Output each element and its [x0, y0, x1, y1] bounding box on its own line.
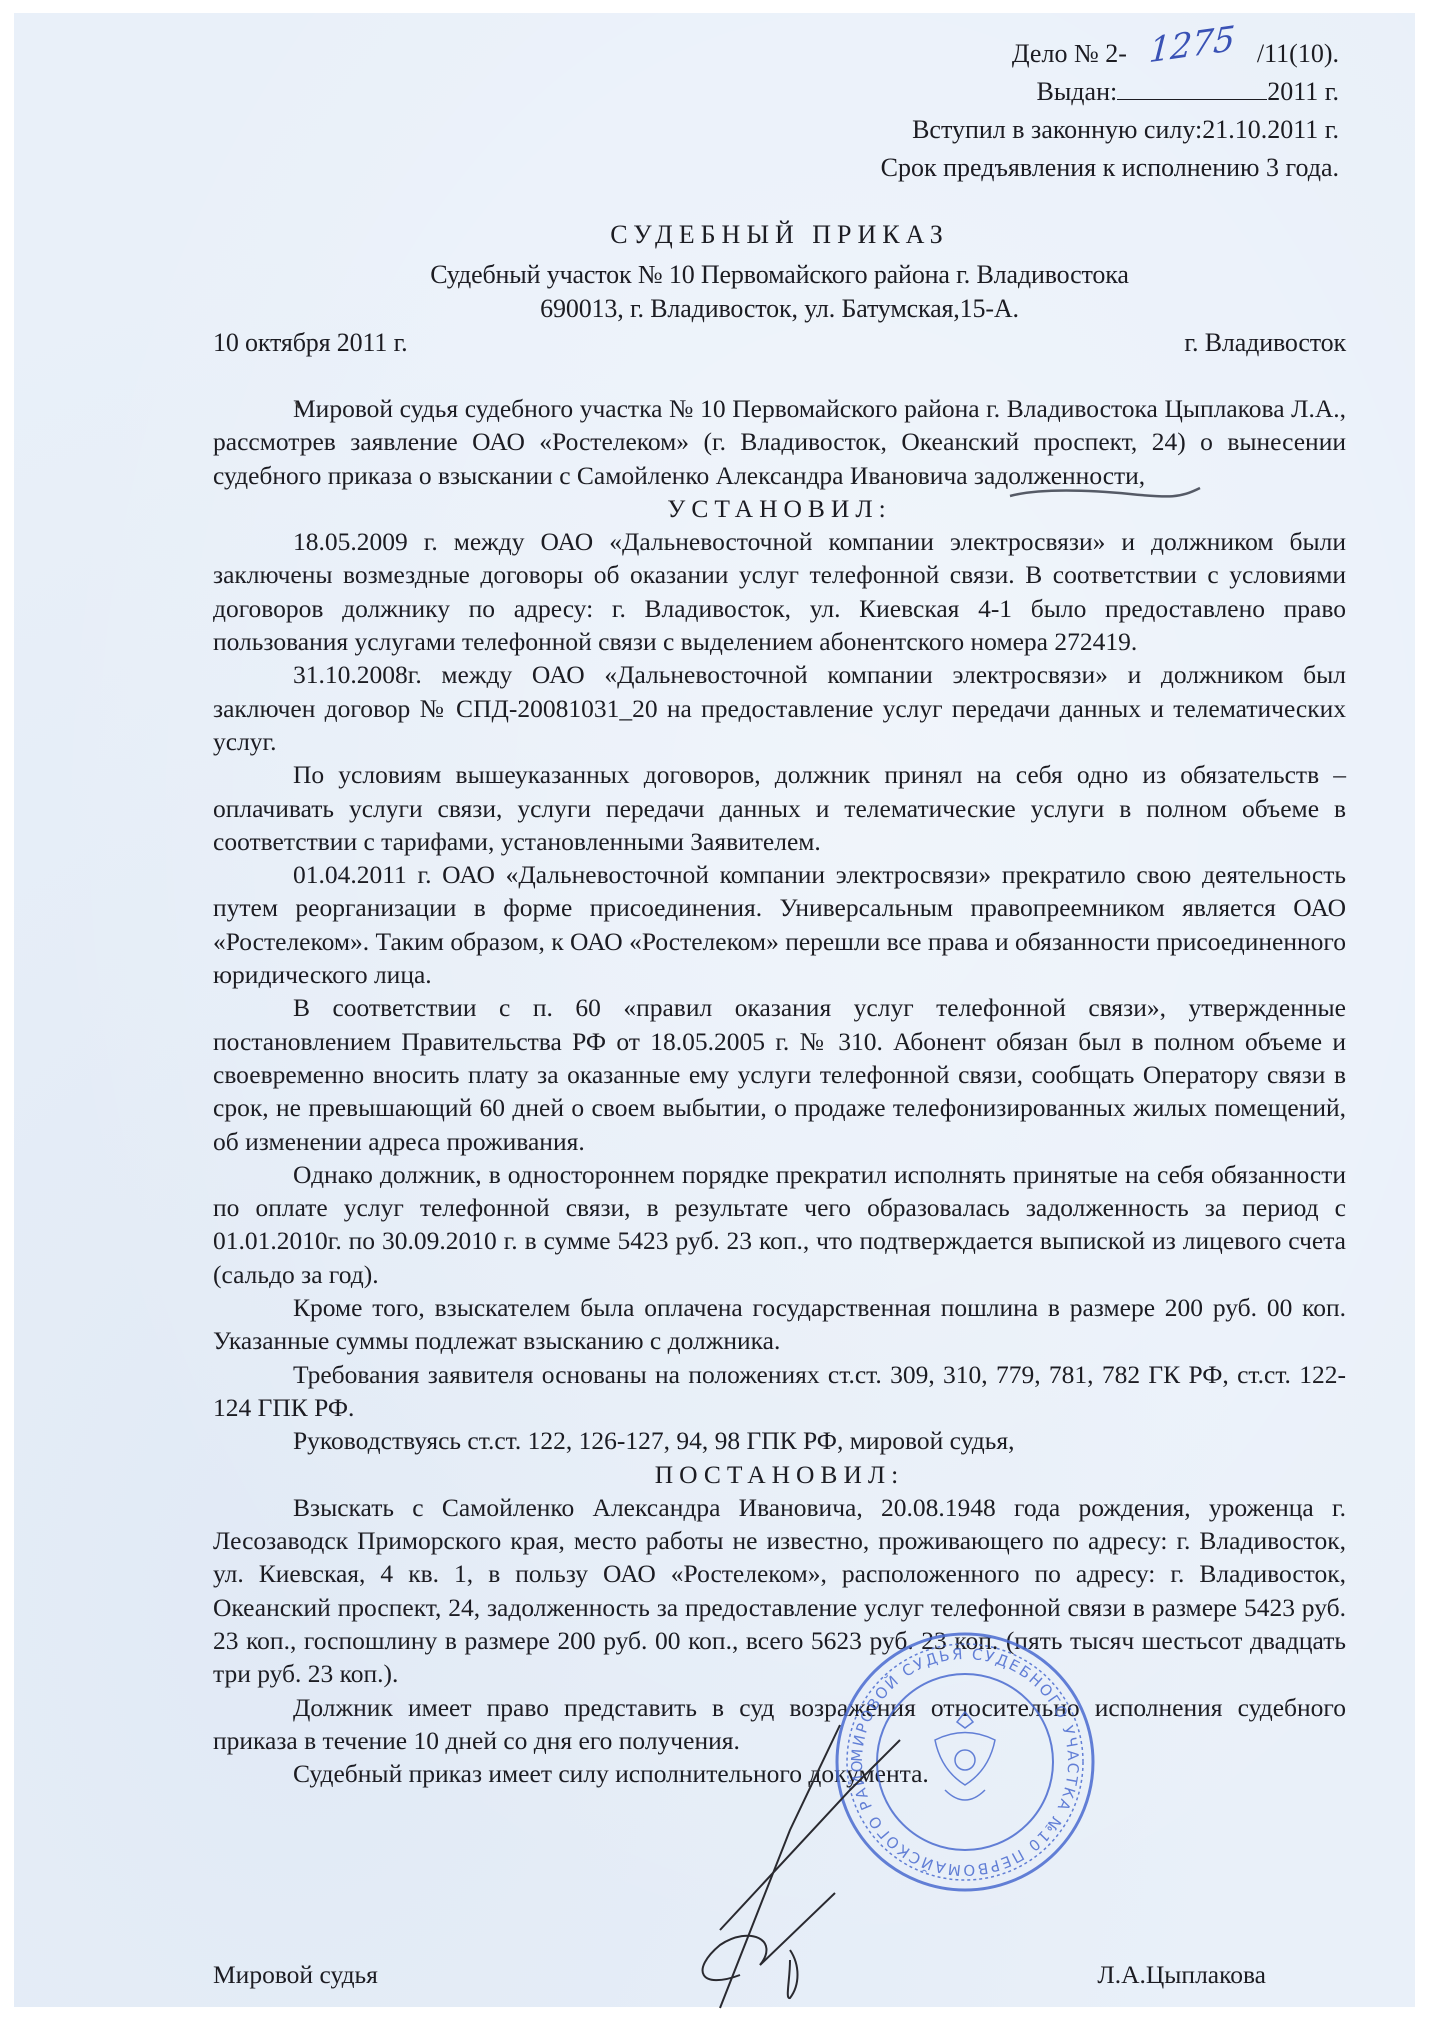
signature-row: Мировой судья Л.А.Цыплакова [213, 1960, 1346, 1990]
body-paragraph: Взыскать с Самойленко Александра Иванови… [213, 1491, 1346, 1691]
document-body: Мировой судья судебного участка № 10 Пер… [213, 392, 1346, 1790]
case-suffix: /11(10). [1257, 39, 1339, 68]
case-number-line: Дело № 2-1275/11(10). [639, 32, 1339, 73]
court-name: Судебный участок № 10 Первомайского райо… [213, 258, 1346, 291]
body-paragraph: Должник имеет право представить в суд во… [213, 1691, 1346, 1758]
body-paragraph: Требования заявителя основаны на положен… [213, 1358, 1346, 1425]
signer-name: Л.А.Цыплакова [1097, 1960, 1266, 1990]
document-title: СУДЕБНЫЙ ПРИКАЗ [213, 220, 1346, 250]
issued-date-blank [1117, 75, 1267, 100]
order-city: г. Владивосток [1184, 326, 1346, 359]
effective-date: Вступил в законную силу:21.10.2011 г. [639, 111, 1339, 149]
issued-label: Выдан: [1037, 77, 1118, 106]
issued-line: Выдан:2011 г. [639, 73, 1339, 111]
body-paragraph: 31.10.2008г. между ОАО «Дальневосточной … [213, 658, 1346, 758]
body-paragraph: Кроме того, взыскателем была оплачена го… [213, 1291, 1346, 1358]
case-prefix: Дело № 2- [1012, 39, 1127, 68]
body-paragraph: 18.05.2009 г. между ОАО «Дальневосточной… [213, 525, 1346, 658]
body-paragraph: По условиям вышеуказанных договоров, дол… [213, 758, 1346, 858]
body-paragraph: В соответствии с п. 60 «правил оказания … [213, 991, 1346, 1157]
established-heading: УСТАНОВИЛ: [213, 492, 1346, 525]
order-date: 10 октября 2011 г. [213, 326, 408, 359]
signer-role: Мировой судья [213, 1960, 378, 1990]
body-paragraph: 01.04.2011 г. ОАО «Дальневосточной компа… [213, 858, 1346, 991]
case-header: Дело № 2-1275/11(10). Выдан:2011 г. Всту… [639, 32, 1339, 187]
intro-paragraph: Мировой судья судебного участка № 10 Пер… [213, 392, 1346, 492]
body-paragraph: Руководствуясь ст.ст. 122, 126-127, 94, … [213, 1424, 1346, 1457]
court-address: 690013, г. Владивосток, ул. Батумская,15… [213, 292, 1346, 325]
established-paragraphs: 18.05.2009 г. между ОАО «Дальневосточной… [213, 525, 1346, 1457]
body-paragraph: Однако должник, в одностороннем порядке … [213, 1158, 1346, 1291]
resolved-heading: ПОСТАНОВИЛ: [213, 1458, 1346, 1491]
enforcement-period: Срок предъявления к исполнению 3 года. [639, 149, 1339, 187]
issued-year: 2011 г. [1267, 77, 1339, 106]
body-paragraph: Судебный приказ имеет силу исполнительно… [213, 1757, 1346, 1790]
resolved-paragraphs: Взыскать с Самойленко Александра Иванови… [213, 1491, 1346, 1791]
